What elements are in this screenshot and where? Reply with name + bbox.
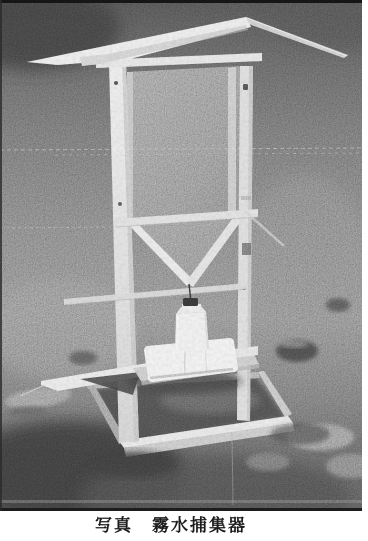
photo-caption: 写真 霧水捕集器: [0, 514, 355, 538]
photo-border-top: [0, 0, 362, 3]
photo-border-left: [0, 0, 2, 511]
blotch-overlay: [0, 0, 362, 511]
photo-canvas: [0, 0, 362, 511]
scanned-figure-page: 写真 霧水捕集器: [0, 0, 368, 541]
photo-border-bottom: [0, 508, 362, 511]
fog-collector-photo: [0, 0, 362, 511]
